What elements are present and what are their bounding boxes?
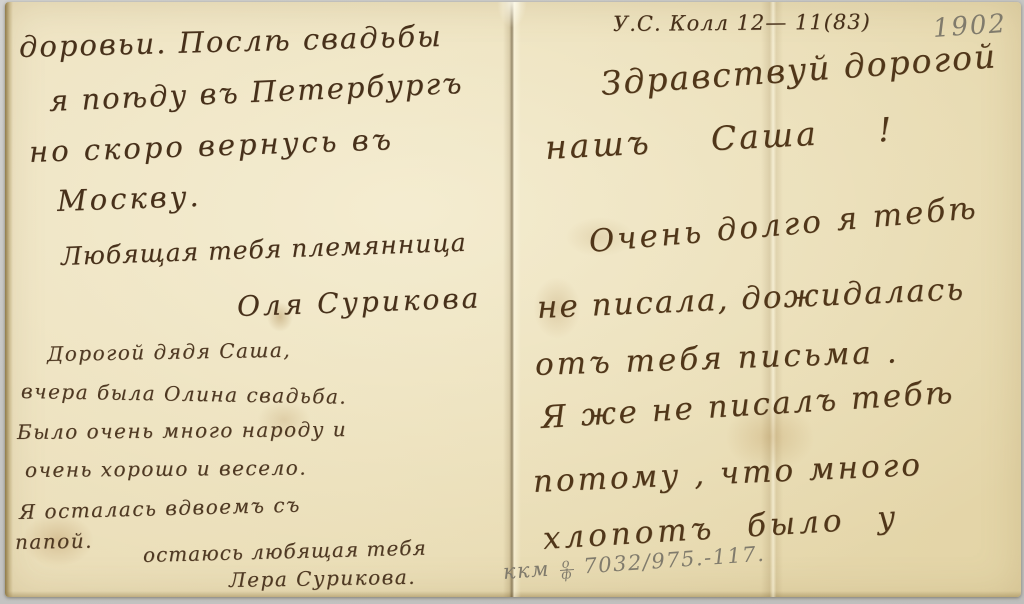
handwriting-line: папой.: [15, 529, 93, 554]
handwriting-line: не писала, дожидалась: [536, 271, 966, 326]
handwriting-line: вчера была Олина свадьба.: [21, 379, 348, 409]
handwriting-line: потому , что много: [532, 447, 923, 500]
handwriting-line: доровьи. Послѣ свадьбы: [19, 19, 444, 64]
handwriting-line: остаюсь любящая тебя: [143, 536, 427, 567]
handwriting-line: Москву.: [56, 179, 202, 218]
signature-olya: Оля Сурикова: [236, 281, 481, 323]
inventory-fraction: о ф: [559, 559, 574, 580]
center-fold-crease: [503, 2, 521, 597]
signature-lera: Лера Сурикова.: [229, 565, 416, 592]
letter-sheet: доровьи. Послѣ свадьбы я поѣду въ Петерб…: [5, 2, 1021, 597]
handwriting-line: Здравствуй дорогой: [600, 36, 999, 103]
paper-left-edge: [5, 2, 13, 597]
handwriting-line: Любящая тебя племянница: [60, 228, 467, 271]
handwriting-line: Я же не писалъ тебѣ: [540, 375, 956, 436]
handwriting-line: я поѣду въ Петербургъ: [48, 66, 464, 118]
archive-collection-code: У.С. Колл 12— 11(83): [613, 10, 871, 36]
handwriting-line: Я осталась вдвоемъ съ: [19, 493, 301, 524]
handwriting-line: но скоро вернусь въ: [28, 122, 394, 169]
handwriting-line: Было очень много народу и: [17, 417, 347, 444]
handwriting-line: Дорогой дядя Саша,: [47, 338, 292, 366]
handwriting-line: отъ тебя письма .: [534, 334, 900, 383]
scanner-background: доровьи. Послѣ свадьбы я поѣду въ Петерб…: [0, 0, 1024, 604]
handwriting-line: нашъ Саша !: [544, 110, 895, 167]
handwriting-line: Очень долго я тебѣ: [587, 190, 979, 260]
top-fold-notch: [497, 2, 527, 28]
handwriting-line: очень хорошо и весело.: [25, 456, 307, 482]
inventory-prefix: ккм: [502, 557, 551, 584]
